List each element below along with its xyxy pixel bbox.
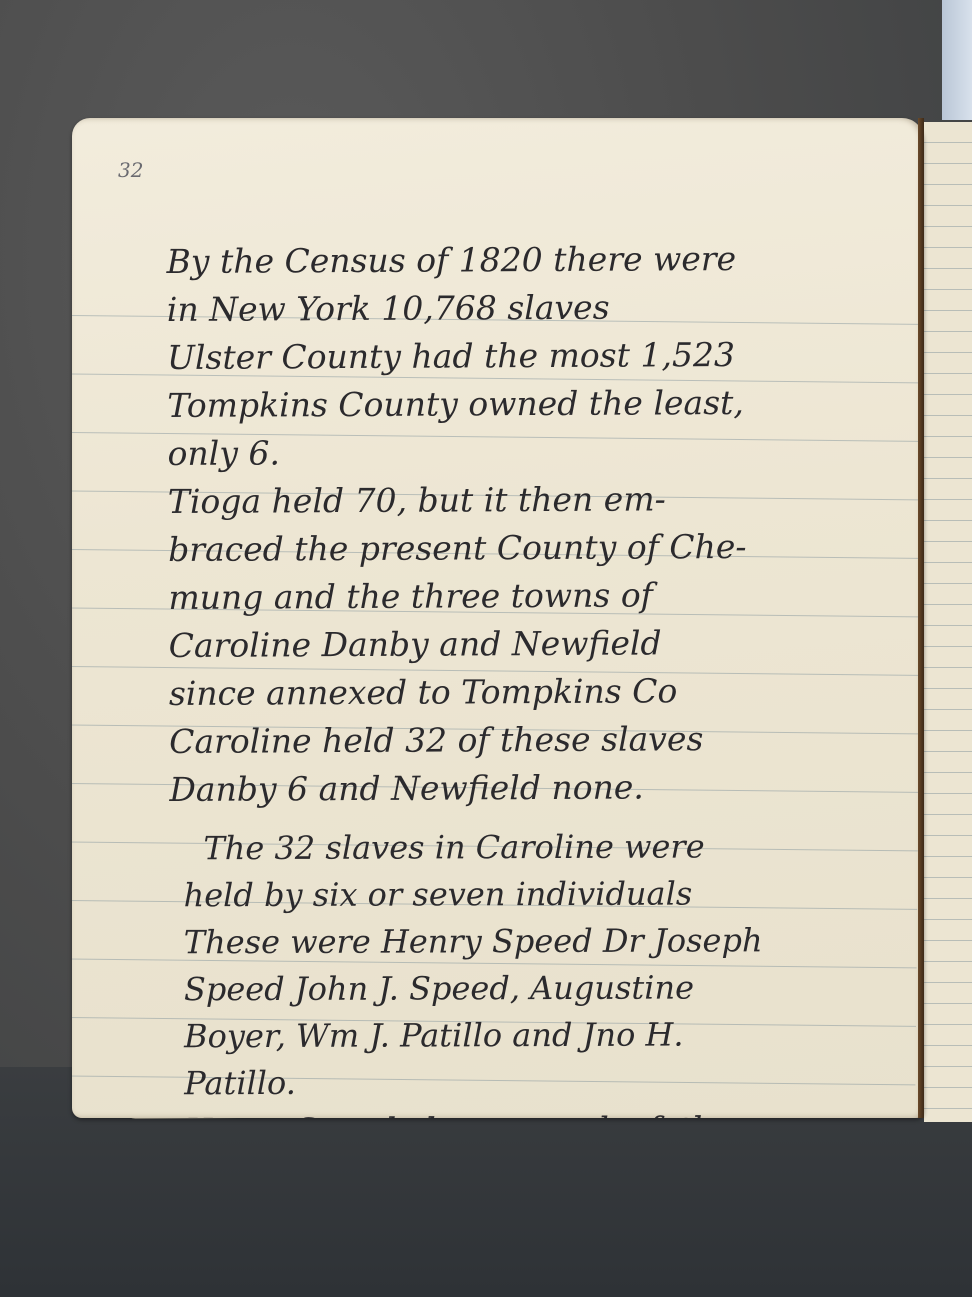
text-line: Patillo. bbox=[184, 1058, 924, 1108]
text-line: By the Census of 1820 there were bbox=[166, 234, 924, 286]
text-line: Boyer, Wm J. Patillo and Jno H. bbox=[184, 1011, 924, 1061]
text-line: Speed John J. Speed, Augustine bbox=[184, 964, 924, 1014]
text-line: Danby 6 and Newfield none. bbox=[169, 762, 924, 814]
background-blue-object bbox=[942, 0, 972, 120]
paragraph-1: By the Census of 1820 there were in New … bbox=[166, 234, 924, 814]
text-line: in New York 10,768 slaves bbox=[167, 282, 924, 334]
paragraph-2: The 32 slaves in Caroline were held by s… bbox=[183, 823, 924, 1118]
text-line: Tompkins County owned the least, bbox=[167, 378, 924, 430]
page-number: 32 bbox=[118, 158, 143, 182]
facing-page-edge bbox=[924, 122, 972, 1122]
text-line: braced the present County of Che- bbox=[168, 522, 924, 574]
text-line: only 6. bbox=[168, 426, 924, 478]
text-line: Tioga held 70, but it then em- bbox=[168, 474, 924, 526]
text-line: The 32 slaves in Caroline were bbox=[183, 823, 923, 873]
notebook-spine bbox=[918, 118, 924, 1118]
text-line: Henry Speed above was the father bbox=[184, 1105, 924, 1118]
text-line: These were Henry Speed Dr Joseph bbox=[184, 917, 924, 967]
photo-scene: 32 By the Census of 1820 there were in N… bbox=[0, 0, 972, 1297]
text-line: mung and the three towns of bbox=[168, 570, 924, 622]
text-line: Ulster County had the most 1,523 bbox=[167, 330, 924, 382]
notebook-page: 32 By the Census of 1820 there were in N… bbox=[72, 118, 924, 1118]
text-line: Caroline Danby and Newfield bbox=[169, 618, 924, 670]
text-line: Caroline held 32 of these slaves bbox=[169, 714, 924, 766]
text-line: since annexed to Tompkins Co bbox=[169, 666, 924, 718]
text-line: held by six or seven individuals bbox=[184, 870, 924, 920]
